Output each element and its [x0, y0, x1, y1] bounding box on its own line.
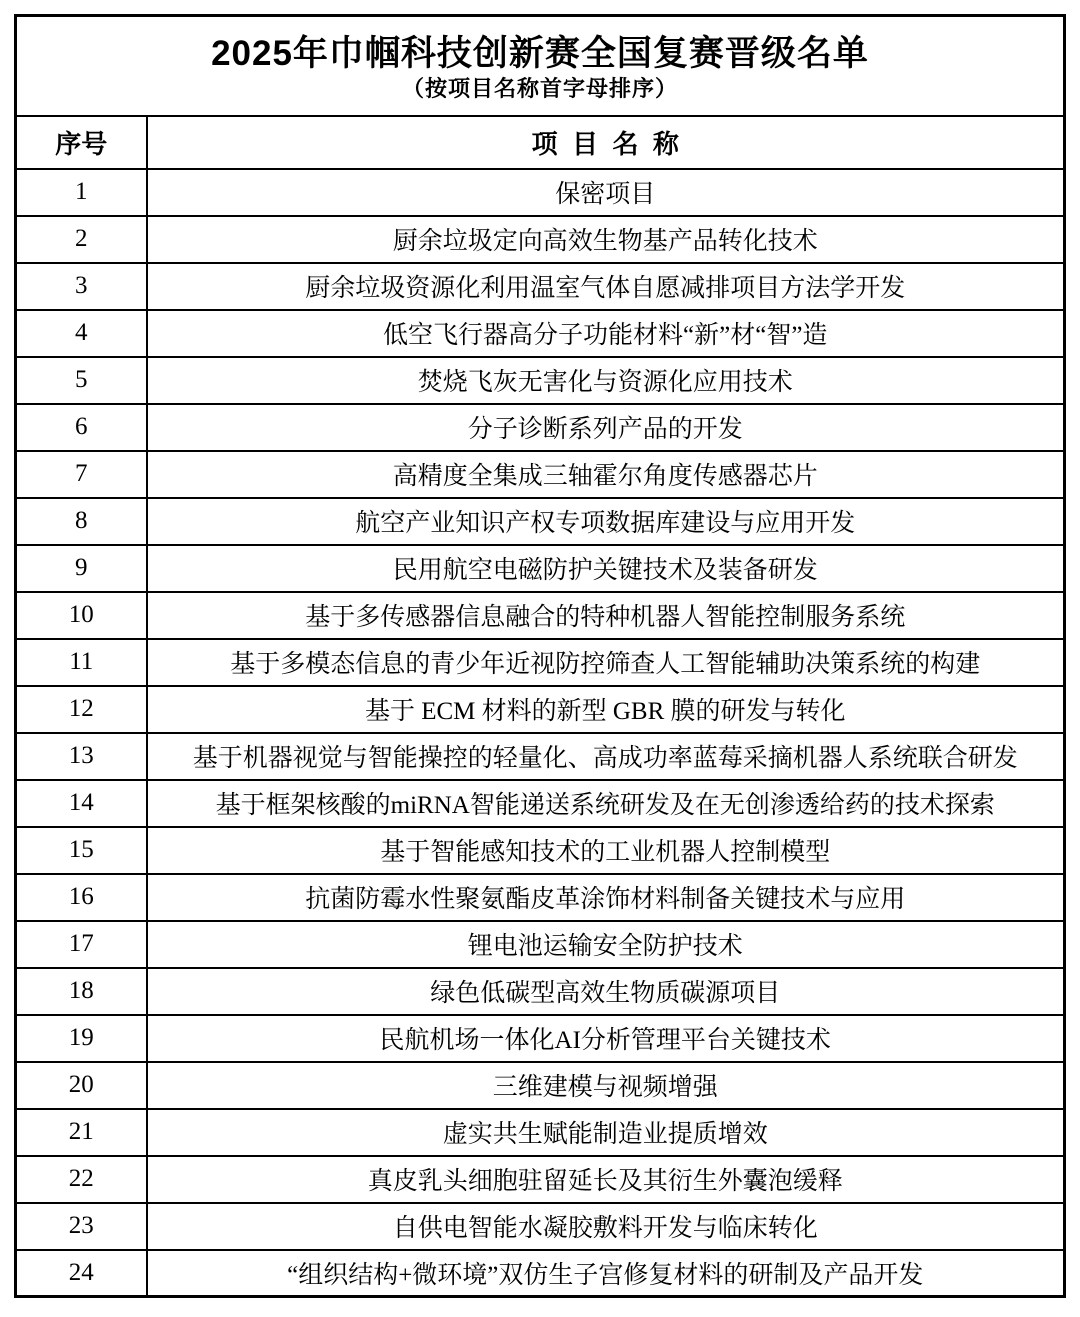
- table-row: 3 厨余垃圾资源化利用温室气体自愿减排项目方法学开发: [16, 263, 1065, 310]
- column-header-name: 项 目 名 称: [147, 116, 1065, 169]
- row-number: 2: [16, 216, 147, 263]
- row-number: 20: [16, 1062, 147, 1109]
- table-row: 5 焚烧飞灰无害化与资源化应用技术: [16, 357, 1065, 404]
- project-name: 保密项目: [147, 169, 1065, 216]
- table-row: 4 低空飞行器高分子功能材料“新”材“智”造: [16, 310, 1065, 357]
- title-row: 2025年巾帼科技创新赛全国复赛晋级名单 （按项目名称首字母排序）: [16, 16, 1065, 116]
- row-number: 10: [16, 592, 147, 639]
- project-name: 锂电池运输安全防护技术: [147, 921, 1065, 968]
- project-name: 绿色低碳型高效生物质碳源项目: [147, 968, 1065, 1015]
- row-number: 16: [16, 874, 147, 921]
- row-number: 18: [16, 968, 147, 1015]
- table-row: 7 高精度全集成三轴霍尔角度传感器芯片: [16, 451, 1065, 498]
- project-name: 基于多模态信息的青少年近视防控筛查人工智能辅助决策系统的构建: [147, 639, 1065, 686]
- table-row: 20 三维建模与视频增强: [16, 1062, 1065, 1109]
- project-name: 焚烧飞灰无害化与资源化应用技术: [147, 357, 1065, 404]
- project-name: 抗菌防霉水性聚氨酯皮革涂饰材料制备关键技术与应用: [147, 874, 1065, 921]
- row-number: 21: [16, 1109, 147, 1156]
- project-name: 民用航空电磁防护关键技术及装备研发: [147, 545, 1065, 592]
- project-name: 分子诊断系列产品的开发: [147, 404, 1065, 451]
- table-row: 9 民用航空电磁防护关键技术及装备研发: [16, 545, 1065, 592]
- project-name: 厨余垃圾定向高效生物基产品转化技术: [147, 216, 1065, 263]
- project-name: 低空飞行器高分子功能材料“新”材“智”造: [147, 310, 1065, 357]
- project-name: 基于机器视觉与智能操控的轻量化、高成功率蓝莓采摘机器人系统联合研发: [147, 733, 1065, 780]
- table-row: 15 基于智能感知技术的工业机器人控制模型: [16, 827, 1065, 874]
- table-row: 19 民航机场一体化AI分析管理平台关键技术: [16, 1015, 1065, 1062]
- table-row: 6 分子诊断系列产品的开发: [16, 404, 1065, 451]
- row-number: 6: [16, 404, 147, 451]
- table-row: 2 厨余垃圾定向高效生物基产品转化技术: [16, 216, 1065, 263]
- project-name: 真皮乳头细胞驻留延长及其衍生外囊泡缓释: [147, 1156, 1065, 1203]
- table-row: 22 真皮乳头细胞驻留延长及其衍生外囊泡缓释: [16, 1156, 1065, 1203]
- page-title: 2025年巾帼科技创新赛全国复赛晋级名单: [17, 31, 1063, 77]
- row-number: 5: [16, 357, 147, 404]
- row-number: 3: [16, 263, 147, 310]
- page-subtitle: （按项目名称首字母排序）: [17, 76, 1063, 102]
- table-row: 14 基于框架核酸的miRNA智能递送系统研发及在无创渗透给药的技术探索: [16, 780, 1065, 827]
- row-number: 13: [16, 733, 147, 780]
- table-row: 10 基于多传感器信息融合的特种机器人智能控制服务系统: [16, 592, 1065, 639]
- row-number: 7: [16, 451, 147, 498]
- row-number: 14: [16, 780, 147, 827]
- table-row: 18 绿色低碳型高效生物质碳源项目: [16, 968, 1065, 1015]
- project-name: 基于智能感知技术的工业机器人控制模型: [147, 827, 1065, 874]
- table-header-row: 序号 项 目 名 称: [16, 116, 1065, 169]
- column-header-no: 序号: [16, 116, 147, 169]
- table-row: 1 保密项目: [16, 169, 1065, 216]
- project-name: 虚实共生赋能制造业提质增效: [147, 1109, 1065, 1156]
- project-name: 高精度全集成三轴霍尔角度传感器芯片: [147, 451, 1065, 498]
- project-name: “组织结构+微环境”双仿生子宫修复材料的研制及产品开发: [147, 1250, 1065, 1297]
- document-page: 2025年巾帼科技创新赛全国复赛晋级名单 （按项目名称首字母排序） 序号 项 目…: [0, 0, 1080, 1317]
- title-cell: 2025年巾帼科技创新赛全国复赛晋级名单 （按项目名称首字母排序）: [16, 16, 1065, 116]
- row-number: 24: [16, 1250, 147, 1297]
- row-number: 4: [16, 310, 147, 357]
- row-number: 17: [16, 921, 147, 968]
- project-name: 三维建模与视频增强: [147, 1062, 1065, 1109]
- row-number: 9: [16, 545, 147, 592]
- table-row: 11 基于多模态信息的青少年近视防控筛查人工智能辅助决策系统的构建: [16, 639, 1065, 686]
- project-name: 厨余垃圾资源化利用温室气体自愿减排项目方法学开发: [147, 263, 1065, 310]
- table-row: 24 “组织结构+微环境”双仿生子宫修复材料的研制及产品开发: [16, 1250, 1065, 1297]
- row-number: 11: [16, 639, 147, 686]
- table-row: 23 自供电智能水凝胶敷料开发与临床转化: [16, 1203, 1065, 1250]
- project-name: 民航机场一体化AI分析管理平台关键技术: [147, 1015, 1065, 1062]
- table-row: 12 基于 ECM 材料的新型 GBR 膜的研发与转化: [16, 686, 1065, 733]
- row-number: 12: [16, 686, 147, 733]
- row-number: 8: [16, 498, 147, 545]
- row-number: 15: [16, 827, 147, 874]
- table-row: 17 锂电池运输安全防护技术: [16, 921, 1065, 968]
- advancement-roster-table: 2025年巾帼科技创新赛全国复赛晋级名单 （按项目名称首字母排序） 序号 项 目…: [14, 14, 1066, 1298]
- row-number: 19: [16, 1015, 147, 1062]
- row-number: 22: [16, 1156, 147, 1203]
- table-row: 21 虚实共生赋能制造业提质增效: [16, 1109, 1065, 1156]
- table-row: 16 抗菌防霉水性聚氨酯皮革涂饰材料制备关键技术与应用: [16, 874, 1065, 921]
- project-name: 基于 ECM 材料的新型 GBR 膜的研发与转化: [147, 686, 1065, 733]
- project-name: 航空产业知识产权专项数据库建设与应用开发: [147, 498, 1065, 545]
- table-row: 8 航空产业知识产权专项数据库建设与应用开发: [16, 498, 1065, 545]
- project-name: 基于框架核酸的miRNA智能递送系统研发及在无创渗透给药的技术探索: [147, 780, 1065, 827]
- row-number: 1: [16, 169, 147, 216]
- row-number: 23: [16, 1203, 147, 1250]
- table-row: 13 基于机器视觉与智能操控的轻量化、高成功率蓝莓采摘机器人系统联合研发: [16, 733, 1065, 780]
- project-name: 基于多传感器信息融合的特种机器人智能控制服务系统: [147, 592, 1065, 639]
- project-name: 自供电智能水凝胶敷料开发与临床转化: [147, 1203, 1065, 1250]
